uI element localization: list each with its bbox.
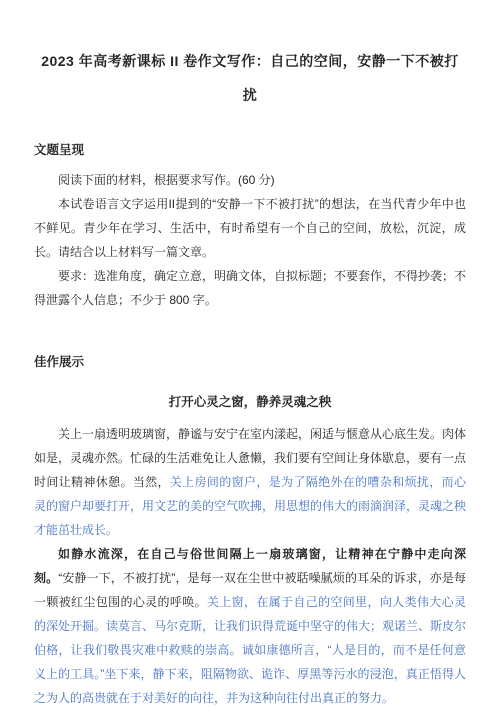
- essay-section: 佳作展示 打开心灵之窗，静养灵魂之秧 关上一扇透明玻璃窗，静谧与安宁在室内漾起，…: [34, 352, 466, 708]
- document-title: 2023 年高考新课标 II 卷作文写作：自己的空间，安静一下不被打扰: [40, 44, 460, 112]
- section-heading-essay: 佳作展示: [34, 352, 466, 370]
- document-page: 2023 年高考新课标 II 卷作文写作：自己的空间，安静一下不被打扰 文题呈现…: [0, 0, 500, 708]
- essay-paragraph-1: 关上一扇透明玻璃窗，静谧与安宁在室内漾起，闲适与惬意从心底生发。肉体如是，灵魂亦…: [34, 422, 466, 542]
- essay-title: 打开心灵之窗，静养灵魂之秧: [34, 392, 466, 410]
- essay-p2-highlighted-text: 关上窗，在属于自己的空间里，向人类伟大心灵的深处开掘。读莫言、马尔克斯，让我们识…: [34, 595, 466, 705]
- essay-paragraph-2: 如静水流深，在自己与俗世间隔上一扇玻璃窗，让精神在宁静中走向深刻。“安静一下，不…: [34, 542, 466, 708]
- prompt-paragraph-material: 本试卷语言文字运用II提到的“安静一下不被打扰”的想法，在当代青少年中也不鲜见。…: [34, 192, 466, 264]
- prompt-paragraph-requirements: 要求：选准角度，确定立意，明确文体，自拟标题；不要套作，不得抄袭；不得泄露个人信…: [34, 264, 466, 312]
- prompt-paragraph-instruction: 阅读下面的材料，根据要求写作。(60 分): [34, 168, 466, 192]
- section-heading-prompt: 文题呈现: [34, 140, 466, 158]
- prompt-section: 文题呈现 阅读下面的材料，根据要求写作。(60 分) 本试卷语言文字运用II提到…: [34, 140, 466, 312]
